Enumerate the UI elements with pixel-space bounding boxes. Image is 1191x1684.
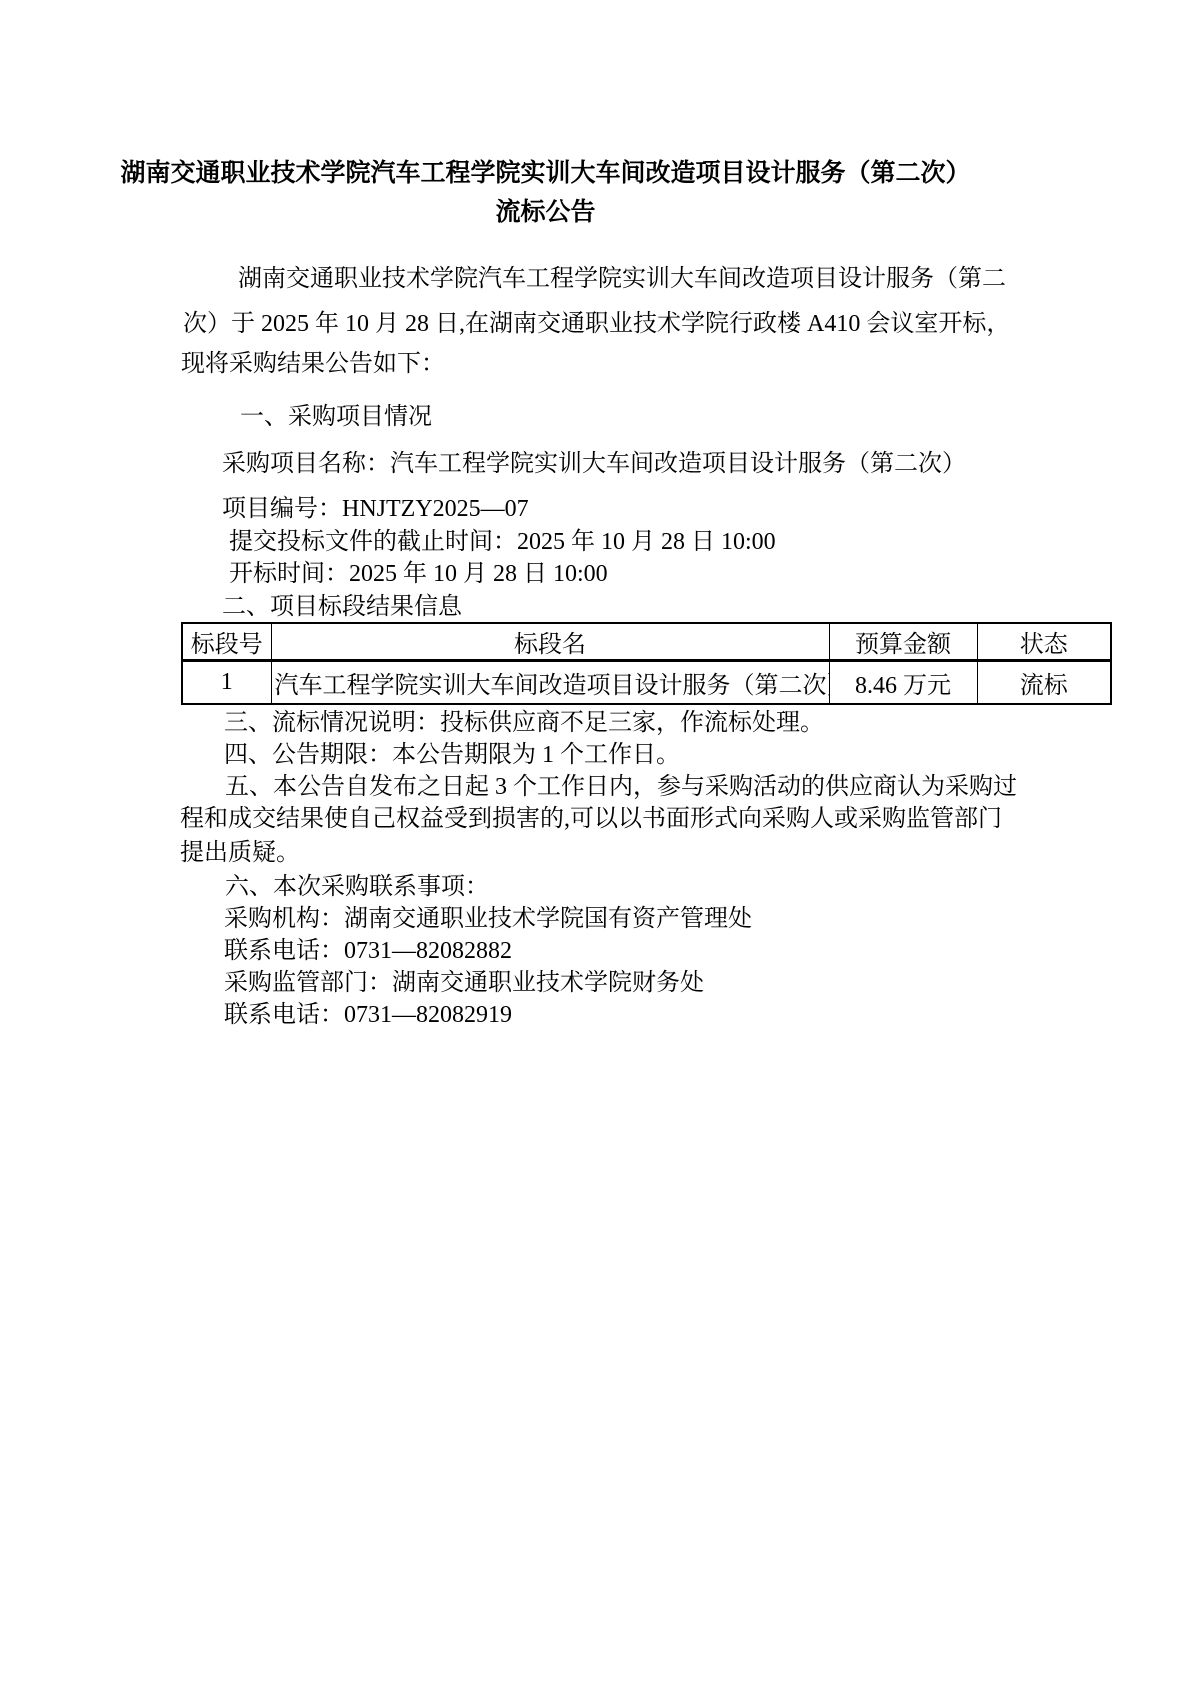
section5-line-2: 程和成交结果使自己权益受到损害的,可以以书面形式向采购人或采购监管部门 bbox=[180, 806, 1002, 833]
document-title-line-1: 湖南交通职业技术学院汽车工程学院实训大车间改造项目设计服务（第二次） bbox=[0, 153, 1091, 189]
purchasing-agency-line: 采购机构：湖南交通职业技术学院国有资产管理处 bbox=[224, 906, 752, 933]
cell-budget: 8.46 万元 bbox=[829, 661, 977, 705]
bid-opening-time-line: 开标时间：2025 年 10 月 28 日 10:00 bbox=[229, 561, 608, 588]
section6-heading: 六、本次采购联系事项： bbox=[225, 874, 489, 901]
document-title-line-2: 流标公告 bbox=[0, 192, 1091, 228]
bid-deadline-line: 提交投标文件的截止时间：2025 年 10 月 28 日 10:00 bbox=[229, 529, 776, 556]
table-header-row: 标段号 标段名 预算金额 状态 bbox=[182, 623, 1111, 661]
table-header-lot-number: 标段号 bbox=[182, 623, 271, 661]
cell-status: 流标 bbox=[977, 661, 1111, 705]
agency-phone-line: 联系电话：0731—82082882 bbox=[224, 938, 512, 965]
announcement-page: 湖南交通职业技术学院汽车工程学院实训大车间改造项目设计服务（第二次） 流标公告 … bbox=[0, 0, 1191, 1684]
section5-line-3: 提出质疑。 bbox=[180, 840, 300, 867]
section1-heading: 一、采购项目情况 bbox=[240, 404, 432, 431]
intro-paragraph-line-2: 次）于 2025 年 10 月 28 日,在湖南交通职业技术学院行政楼 A410… bbox=[183, 311, 1010, 338]
section2-heading: 二、项目标段结果信息 bbox=[222, 594, 462, 621]
table-row: 1 汽车工程学院实训大车间改造项目设计服务（第二次） 8.46 万元 流标 bbox=[182, 661, 1111, 705]
project-name-line: 采购项目名称：汽车工程学院实训大车间改造项目设计服务（第二次） bbox=[222, 451, 966, 478]
intro-paragraph-line-1: 湖南交通职业技术学院汽车工程学院实训大车间改造项目设计服务（第二 bbox=[238, 266, 1006, 293]
supervisor-phone-line: 联系电话：0731—82082919 bbox=[224, 1002, 512, 1029]
project-code-line: 项目编号：HNJTZY2025—07 bbox=[222, 496, 529, 523]
intro-paragraph-line-3: 现将采购结果公告如下： bbox=[181, 351, 445, 378]
supervising-department-line: 采购监管部门：湖南交通职业技术学院财务处 bbox=[224, 970, 704, 997]
table-header-lot-name: 标段名 bbox=[271, 623, 829, 661]
cell-lot-number: 1 bbox=[182, 661, 271, 705]
section3-line: 三、流标情况说明：投标供应商不足三家，作流标处理。 bbox=[224, 710, 824, 737]
section5-line-1: 五、本公告自发布之日起 3 个工作日内，参与采购活动的供应商认为采购过 bbox=[225, 774, 1017, 801]
table-header-status: 状态 bbox=[977, 623, 1111, 661]
table-header-budget: 预算金额 bbox=[829, 623, 977, 661]
lot-result-table: 标段号 标段名 预算金额 状态 1 汽车工程学院实训大车间改造项目设计服务（第二… bbox=[181, 622, 1112, 705]
section4-line: 四、公告期限：本公告期限为 1 个工作日。 bbox=[224, 742, 680, 769]
cell-lot-name: 汽车工程学院实训大车间改造项目设计服务（第二次） bbox=[271, 661, 829, 705]
